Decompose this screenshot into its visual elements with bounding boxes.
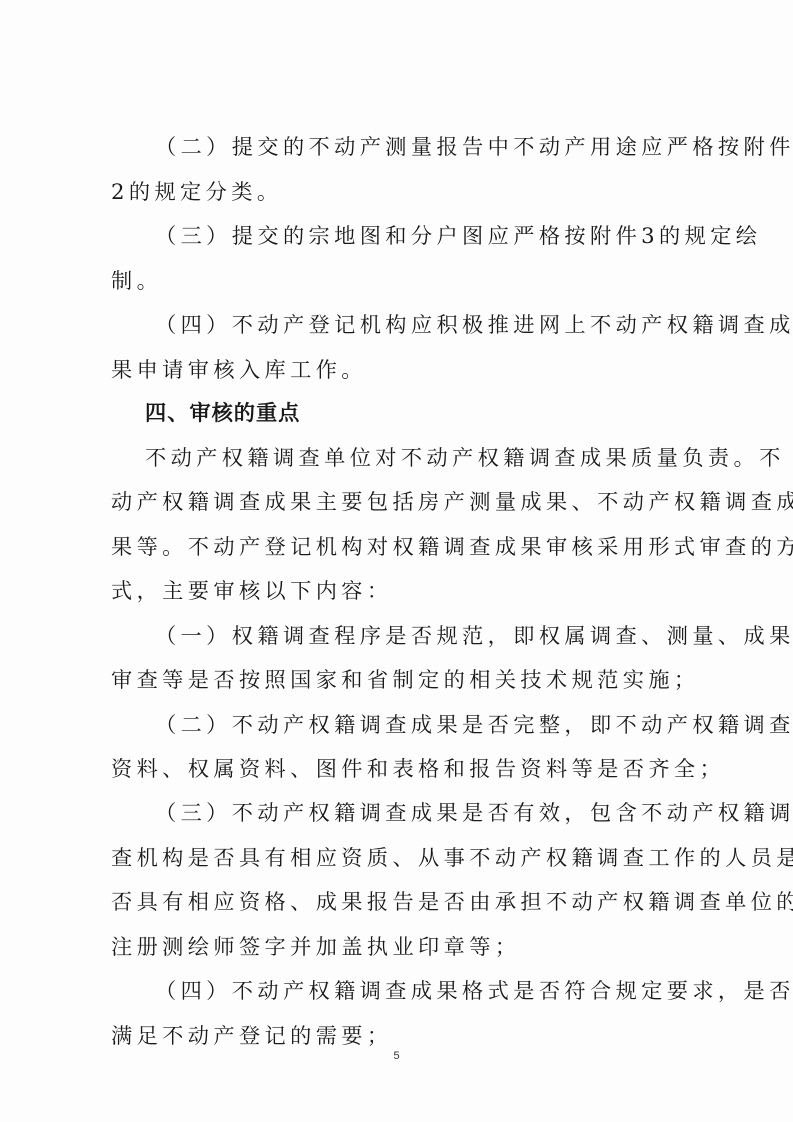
paragraph-line: 果申请审核入库工作。 bbox=[111, 355, 367, 385]
paragraph-line: （三）提交的宗地图和分户图应严格按附件3的规定绘 bbox=[155, 221, 761, 251]
paragraph-line: 2的规定分类。 bbox=[111, 177, 282, 207]
document-page: （二）提交的不动产测量报告中不动产用途应严格按附件 2的规定分类。 （三）提交的… bbox=[0, 0, 793, 1122]
paragraph-line: 否具有相应资格、成果报告是否由承担不动产权籍调查单位的 bbox=[111, 887, 793, 917]
paragraph-line: 果等。不动产登记机构对权籍调查成果审核采用形式审查的方 bbox=[111, 532, 793, 562]
paragraph-line: 查机构是否具有相应资质、从事不动产权籍调查工作的人员是 bbox=[111, 843, 793, 873]
paragraph-line: 审查等是否按照国家和省制定的相关技术规范实施； bbox=[111, 665, 700, 695]
paragraph-line: 资料、权属资料、图件和表格和报告资料等是否齐全； bbox=[111, 754, 725, 784]
paragraph-line: （四）不动产权籍调查成果格式是否符合规定要求，是否 bbox=[155, 976, 793, 1006]
page-number: 5 bbox=[0, 1050, 793, 1062]
paragraph-line: 不动产权籍调查单位对不动产权籍调查成果质量负责。不 bbox=[145, 443, 785, 473]
paragraph-line: 式，主要审核以下内容： bbox=[111, 576, 392, 606]
paragraph-line: （二）不动产权籍调查成果是否完整，即不动产权籍调查 bbox=[155, 710, 793, 740]
paragraph-line: （三）不动产权籍调查成果是否有效，包含不动产权籍调 bbox=[155, 798, 793, 828]
paragraph-line: （四）不动产登记机构应积极推进网上不动产权籍调查成 bbox=[155, 310, 793, 340]
paragraph-line: （二）提交的不动产测量报告中不动产用途应严格按附件 bbox=[155, 132, 793, 162]
section-heading: 四、审核的重点 bbox=[145, 398, 300, 428]
paragraph-line: 制。 bbox=[111, 266, 162, 296]
paragraph-line: 注册测绘师签字并加盖执业印章等； bbox=[111, 932, 520, 962]
paragraph-line: （一）权籍调查程序是否规范，即权属调查、测量、成果 bbox=[155, 621, 793, 651]
paragraph-line: 满足不动产登记的需要； bbox=[111, 1021, 392, 1051]
paragraph-line: 动产权籍调查成果主要包括房产测量成果、不动产权籍调查成 bbox=[111, 487, 793, 517]
